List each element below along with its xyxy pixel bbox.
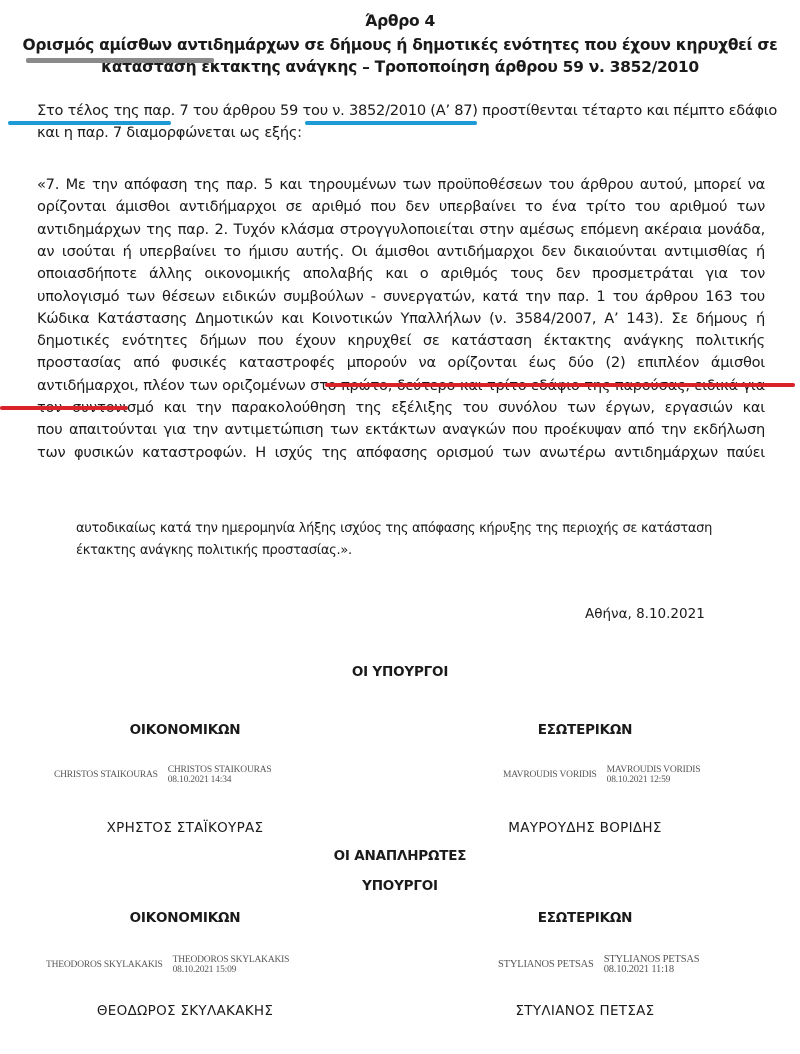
paragraph-line: των φυσικών καταστροφών. Η ισχύς της από… [37,442,765,464]
red-highlight-underline [325,383,795,387]
deputy-minister-name: ΘΕΟΔΩΡΟΣ ΣΚΥΛΑΚΑΚΗΣ [60,1003,310,1019]
signature-stamp-name: THEODOROS SKYLAKAKIS [173,955,290,965]
signature-timestamp: 08.10.2021 14:34 [168,775,272,785]
signature-stamp-name: MAVROUDIS VORIDIS [607,765,701,775]
paragraph-line: τον συντονισμό και την παρακολούθηση της… [37,397,765,419]
paragraph-line: ορίζονται άμισθοι αντιδήμαρχοι σε αριθμό… [37,196,765,218]
digital-signature: THEODOROS SKYLAKAKIS THEODOROS SKYLAKAKI… [46,955,289,975]
signature-name: CHRISTOS STAIKOURAS [54,770,158,780]
minister-name: ΜΑΥΡΟΥΔΗΣ ΒΟΡΙΔΗΣ [460,820,710,836]
signature-name: MAVROUDIS VORIDIS [503,770,597,780]
intro-line: και η παρ. 7 διαμορφώνεται ως εξής: [37,122,765,144]
signature-name: STYLIANOS PETSAS [498,960,594,970]
continuation-line: έκτακτης ανάγκης πολιτικής προστασίας.». [76,543,352,558]
signature-timestamp: 08.10.2021 15:09 [173,965,290,975]
gray-highlight-underline [26,58,214,63]
paragraph-line: Κώδικα Κατάστασης Δημοτικών και Κοινοτικ… [37,308,765,330]
blue-highlight-underline [305,121,477,125]
blue-highlight-underline [8,121,171,125]
ministry-label: ΕΣΩΤΕΡΙΚΩΝ [460,722,710,738]
signature-stamp-name: CHRISTOS STAIKOURAS [168,765,272,775]
date-place: Αθήνα, 8.10.2021 [585,606,705,622]
signature-timestamp: 08.10.2021 11:18 [604,965,700,975]
ministry-label: ΟΙΚΟΝΟΜΙΚΩΝ [60,910,310,926]
digital-signature: STYLIANOS PETSAS STYLIANOS PETSAS 08.10.… [498,955,699,975]
ministry-label: ΟΙΚΟΝΟΜΙΚΩΝ [60,722,310,738]
deputy-ministers-heading: ΥΠΟΥΡΓΟΙ [0,878,800,894]
deputy-minister-name: ΣΤΥΛΙΑΝΟΣ ΠΕΤΣΑΣ [460,1003,710,1019]
continuation-line: αυτοδικαίως κατά την ημερομηνία λήξης ισ… [76,521,712,536]
digital-signature: CHRISTOS STAIKOURAS CHRISTOS STAIKOURAS … [54,765,272,785]
paragraph-line: αντιδημάρχων της παρ. 2. Τυχόν κλάσμα στ… [37,219,765,241]
signature-timestamp: 08.10.2021 12:59 [607,775,701,785]
paragraph-line: δημοτικές ενότητες δήμων που έχουν κηρυχ… [37,330,765,352]
ministers-heading: ΟΙ ΥΠΟΥΡΓΟΙ [0,664,800,680]
paragraph-line: «7. Με την απόφαση της παρ. 5 και τηρουμ… [37,174,765,196]
minister-name: ΧΡΗΣΤΟΣ ΣΤΑΪΚΟΥΡΑΣ [60,820,310,836]
ministry-label: ΕΣΩΤΕΡΙΚΩΝ [460,910,710,926]
article-title: Άρθρο 4 [0,12,800,30]
paragraph-line: υπολογισμό των θέσεων ειδικών συμβούλων … [37,286,765,308]
paragraph-line: που απαιτούνται για την αντιμετώπιση των… [37,419,765,441]
intro-line: Στο τέλος της παρ. 7 του άρθρου 59 του ν… [37,100,765,122]
red-highlight-underline [0,406,128,410]
paragraph-line: προστασίας από φυσικές καταστροφές μπορο… [37,352,765,374]
paragraph-line: αν ισούται ή υπερβαίνει το ήμισυ αυτής. … [37,241,765,263]
deputy-ministers-heading: ΟΙ ΑΝΑΠΛΗΡΩΤΕΣ [0,848,800,864]
article-subtitle-line-1: Ορισμός αμίσθων αντιδημάρχων σε δήμους ή… [0,36,800,54]
digital-signature: MAVROUDIS VORIDIS MAVROUDIS VORIDIS 08.1… [503,765,700,785]
signature-name: THEODOROS SKYLAKAKIS [46,960,163,970]
paragraph-line: οποιασδήποτε άλλης οικονομικής απολαβής … [37,263,765,285]
